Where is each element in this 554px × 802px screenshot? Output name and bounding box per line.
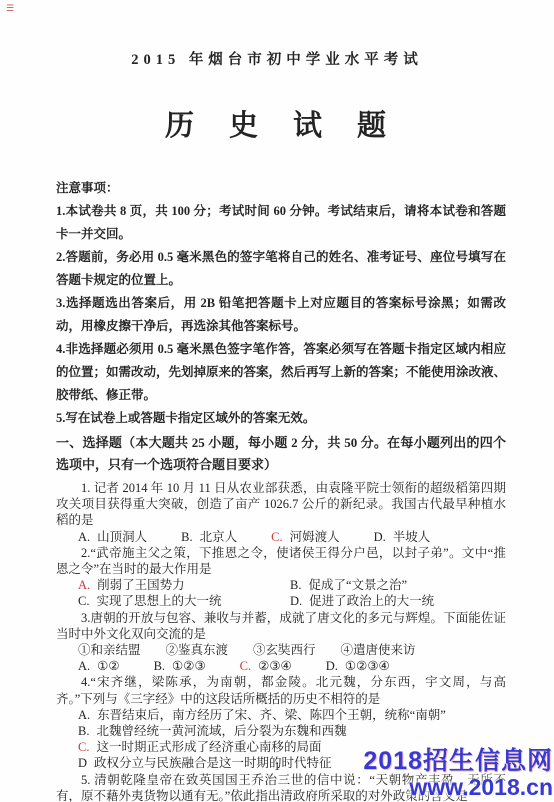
option-text: 山顶洞人 (97, 530, 147, 544)
option-label: C. (78, 594, 89, 608)
question-1-option-row: A.山顶洞人B.北京人C.河姆渡人D.半坡人 (56, 529, 506, 545)
notice-item-3: 3.选择题选出答案后，用 2B 铅笔把答题卡上对应题目的答案标号涂黑；如需改动，… (56, 292, 506, 338)
section-heading: 一、选择题（本大题共 25 小题，每小题 2 分，共 50 分。在每小题列出的四… (56, 432, 506, 476)
notice-item-1: 1.本试卷共 8 页，共 100 分；考试时间 60 分钟。考试结束后，请将本试… (56, 200, 506, 246)
question-3-option-D: D.①②③④ (326, 658, 390, 674)
question-2-option-row: A.削弱了王国势力B.促成了“文景之治” (56, 577, 506, 593)
option-text: ①②③ (172, 659, 206, 673)
question-3-option-row: A.①②B.①②③C.②③④D.①②③④ (56, 658, 506, 674)
exam-main-title: 历 史 试 题 (0, 103, 554, 144)
option-label: B. (181, 530, 192, 544)
corner-mark-icon: ☰ (6, 5, 14, 14)
option-text: 促成了“文景之治” (308, 578, 407, 592)
question-1-stem: 1. 记者 2014 年 10 月 11 日从农业部获悉，由袁隆平院士领衔的超级… (56, 480, 506, 529)
question-2-option-D: D.促进了政治上的大一统 (290, 593, 434, 609)
question-3-stem: 3.唐朝的开放与包容、兼收与并蓄，成就了唐文化的多元与辉煌。下面能佐证当时中外文… (56, 610, 506, 642)
question-4-option-B: B.北魏曾经统一黄河流域，后分裂为东魏和西魏 (78, 723, 346, 739)
question-2: 2.“武帝施主父之策，下推恩之令，使诸侯王得分户邑，以封子弟”。文中“推恩之令”… (56, 545, 506, 610)
option-label: D. (374, 530, 386, 544)
watermark-site-name: 2018招生信息网 (363, 748, 553, 775)
notice-item-4: 4.非选择题必须用 0.5 毫米黑色签字笔作答，答案必须写在答题卡指定区域内相应… (56, 338, 506, 407)
question-3-option-C: C.②③④ (240, 658, 292, 674)
option-label-marked-answer: C. (240, 659, 251, 673)
question-1: 1. 记者 2014 年 10 月 11 日从农业部获悉，由袁隆平院士领衔的超级… (56, 480, 506, 545)
option-text: ①② (97, 659, 119, 673)
option-text: 促进了政治上的大一统 (309, 594, 434, 608)
option-text: ②③④ (258, 659, 292, 673)
exam-paper-page: ☰ 2015 年烟台市初中学业水平考试 历 史 试 题 注意事项： 1.本试卷共… (0, 0, 554, 802)
question-2-stem: 2.“武帝施主父之策，下推恩之令，使诸侯王得分户邑，以封子弟”。文中“推恩之令”… (56, 545, 506, 577)
question-2-option-A: A.削弱了王国势力 (78, 577, 290, 593)
option-text: ①②③④ (345, 659, 390, 673)
option-label: A. (78, 659, 90, 673)
question-4-option-A: A.东晋结束后，南方经历了宋、齐、梁、陈四个王朝，统称“南朝” (78, 707, 446, 723)
question-2-option-C: C.实现了思想上的大一统 (78, 593, 290, 609)
option-label-marked-answer: C. (271, 530, 282, 544)
question-4-stem: 4.“宋齐继，梁陈承，为南朝，都金陵。北元魏，分东西，宇文周，与高齐。”下列与《… (56, 674, 506, 706)
question-3-option-A: A.①② (78, 658, 120, 674)
question-1-option-A: A.山顶洞人 (78, 529, 147, 545)
option-text: 东晋结束后，南方经历了宋、齐、梁、陈四个王朝，统称“南朝” (97, 708, 446, 722)
question-3: 3.唐朝的开放与包容、兼收与并蓄，成就了唐文化的多元与辉煌。下面能佐证当时中外文… (56, 610, 506, 675)
option-text: 半坡人 (393, 530, 431, 544)
watermark: 2018招生信息网 www.2018.cn (363, 748, 553, 800)
option-label: B. (154, 659, 165, 673)
question-4-option-row: B.北魏曾经统一黄河流域，后分裂为东魏和西魏 (56, 723, 506, 739)
option-text: 北京人 (200, 530, 238, 544)
question-4-option-C: C.这一时期正式形成了经济重心南移的局面 (78, 739, 321, 755)
question-2-option-row: C.实现了思想上的大一统D.促进了政治上的大一统 (56, 593, 506, 609)
option-text: 河姆渡人 (290, 530, 340, 544)
option-text: 这一时期正式形成了经济重心南移的局面 (96, 740, 321, 754)
notice-item-2: 2.答题前，务必用 0.5 毫米黑色的签字笔将自己的姓名、准考证号、座位号填写在… (56, 246, 506, 292)
question-4-option-row: A.东晋结束后，南方经历了宋、齐、梁、陈四个王朝，统称“南朝” (56, 707, 506, 723)
option-label: D. (290, 594, 302, 608)
option-label: B. (290, 578, 301, 592)
notices-heading: 注意事项： (56, 177, 506, 200)
option-label: A. (78, 708, 90, 722)
question-3-sublist: ①和亲结盟 ②鉴真东渡 ③玄奘西行 ④遣唐使来访 (56, 642, 506, 658)
notice-item-5: 5.写在试卷上或答题卡指定区域外的答案无效。 (56, 407, 506, 430)
notices-list: 1.本试卷共 8 页，共 100 分；考试时间 60 分钟。考试结束后，请将本试… (56, 200, 506, 430)
option-text: 削弱了王国势力 (97, 578, 185, 592)
option-label: B. (78, 724, 89, 738)
question-1-option-C: C.河姆渡人 (271, 529, 339, 545)
notices-section: 注意事项： 1.本试卷共 8 页，共 100 分；考试时间 60 分钟。考试结束… (56, 177, 506, 430)
option-text: 实现了思想上的大一统 (96, 594, 221, 608)
option-label-marked-answer: C. (78, 740, 89, 754)
question-1-option-D: D.半坡人 (374, 529, 431, 545)
option-label: D. (326, 659, 338, 673)
page-content: 注意事项： 1.本试卷共 8 页，共 100 分；考试时间 60 分钟。考试结束… (0, 177, 554, 802)
watermark-url: www.2018.cn (363, 775, 553, 800)
exam-header-title: 2015 年烟台市初中学业水平考试 (0, 48, 554, 69)
option-label: A. (78, 530, 90, 544)
question-1-option-B: B.北京人 (181, 529, 237, 545)
question-2-option-B: B.促成了“文景之治” (290, 577, 407, 593)
question-3-option-B: B.①②③ (154, 658, 206, 674)
option-label-marked-answer: A. (78, 578, 90, 592)
option-text: 北魏曾经统一黄河流域，后分裂为东魏和西魏 (96, 724, 346, 738)
